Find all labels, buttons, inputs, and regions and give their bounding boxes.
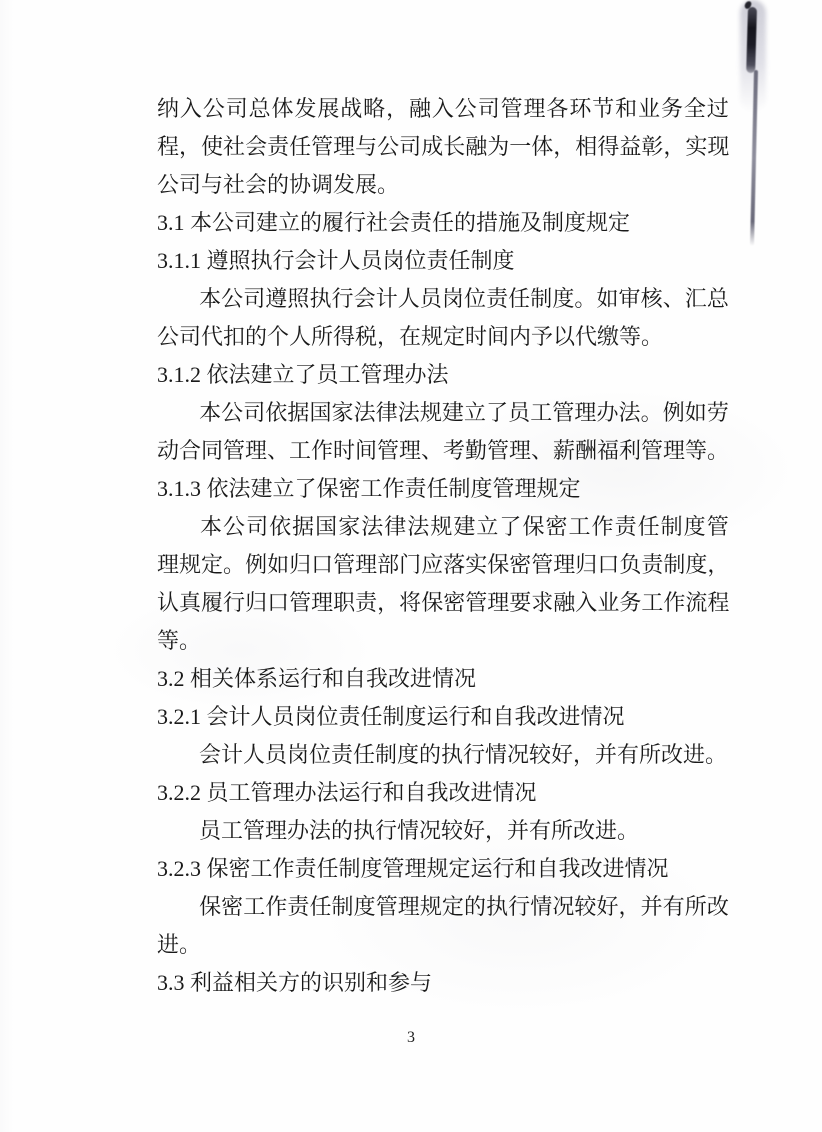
text-line: 3.3 利益相关方的识别和参与 (157, 964, 729, 1002)
text-line: 纳入公司总体发展战略，融入公司管理各环节和业务全过 (157, 90, 729, 128)
section-heading: 3.1.1 遵照执行会计人员岗位责任制度 (157, 242, 729, 280)
text-line: 3.1 本公司建立的履行社会责任的措施及制度规定 (157, 204, 729, 242)
text-line: 动合同管理、工作时间管理、考勤管理、薪酬福利管理等。 (157, 432, 729, 470)
paragraph-indent (157, 913, 199, 914)
section-heading: 3.1.2 依法建立了员工管理办法 (157, 356, 729, 394)
paragraph: 员工管理办法的执行情况较好，并有所改进。 (157, 812, 729, 850)
paragraph: 纳入公司总体发展战略，融入公司管理各环节和业务全过程，使社会责任管理与公司成长融… (157, 90, 729, 204)
text-line: 认真履行归口管理职责，将保密管理要求融入业务工作流程 (157, 584, 729, 622)
text-line: 3.2.3 保密工作责任制度管理规定运行和自我改进情况 (157, 850, 729, 888)
text-line: 会计人员岗位责任制度的执行情况较好，并有所改进。 (157, 736, 729, 774)
text-line: 3.2.2 员工管理办法运行和自我改进情况 (157, 774, 729, 812)
section-heading: 3.2 相关体系运行和自我改进情况 (157, 660, 729, 698)
scan-artifact-ink-streak (746, 7, 757, 73)
text-line: 3.1.3 依法建立了保密工作责任制度管理规定 (157, 470, 729, 508)
section-heading: 3.3 利益相关方的识别和参与 (157, 964, 729, 1002)
paragraph: 本公司依据国家法律法规建立了员工管理办法。例如劳动合同管理、工作时间管理、考勤管… (157, 394, 729, 470)
text-line: 理规定。例如归口管理部门应落实保密管理归口负责制度， (157, 546, 729, 584)
paragraph: 会计人员岗位责任制度的执行情况较好，并有所改进。 (157, 736, 729, 774)
document-body: 纳入公司总体发展战略，融入公司管理各环节和业务全过程，使社会责任管理与公司成长融… (157, 90, 729, 1002)
section-heading: 3.2.3 保密工作责任制度管理规定运行和自我改进情况 (157, 850, 729, 888)
section-heading: 3.2.1 会计人员岗位责任制度运行和自我改进情况 (157, 698, 729, 736)
text-line: 本公司依据国家法律法规建立了保密工作责任制度管 (157, 508, 729, 546)
paragraph-indent (157, 419, 199, 420)
paragraph-indent (157, 533, 199, 534)
text-line: 程，使社会责任管理与公司成长融为一体，相得益彰，实现 (157, 128, 729, 166)
text-line: 公司代扣的个人所得税，在规定时间内予以代缴等。 (157, 318, 729, 356)
scanned-document-page: { "page": { "number": "3", "ink_color": … (0, 0, 822, 1132)
section-heading: 3.1 本公司建立的履行社会责任的措施及制度规定 (157, 204, 729, 242)
paragraph-indent (157, 305, 199, 306)
text-line: 3.1.1 遵照执行会计人员岗位责任制度 (157, 242, 729, 280)
text-line: 进。 (157, 926, 729, 964)
text-line: 3.2.1 会计人员岗位责任制度运行和自我改进情况 (157, 698, 729, 736)
text-line: 3.2 相关体系运行和自我改进情况 (157, 660, 729, 698)
text-line: 本公司遵照执行会计人员岗位责任制度。如审核、汇总 (157, 280, 729, 318)
text-line: 公司与社会的协调发展。 (157, 166, 729, 204)
section-heading: 3.1.3 依法建立了保密工作责任制度管理规定 (157, 470, 729, 508)
section-heading: 3.2.2 员工管理办法运行和自我改进情况 (157, 774, 729, 812)
text-line: 3.1.2 依法建立了员工管理办法 (157, 356, 729, 394)
paragraph: 本公司依据国家法律法规建立了保密工作责任制度管理规定。例如归口管理部门应落实保密… (157, 508, 729, 660)
text-line: 等。 (157, 622, 729, 660)
text-line: 员工管理办法的执行情况较好，并有所改进。 (157, 812, 729, 850)
paragraph: 保密工作责任制度管理规定的执行情况较好，并有所改进。 (157, 888, 729, 964)
text-line: 保密工作责任制度管理规定的执行情况较好，并有所改 (157, 888, 729, 926)
paragraph: 本公司遵照执行会计人员岗位责任制度。如审核、汇总公司代扣的个人所得税，在规定时间… (157, 280, 729, 356)
text-line: 本公司依据国家法律法规建立了员工管理办法。例如劳 (157, 394, 729, 432)
page-number: 3 (0, 1029, 822, 1047)
